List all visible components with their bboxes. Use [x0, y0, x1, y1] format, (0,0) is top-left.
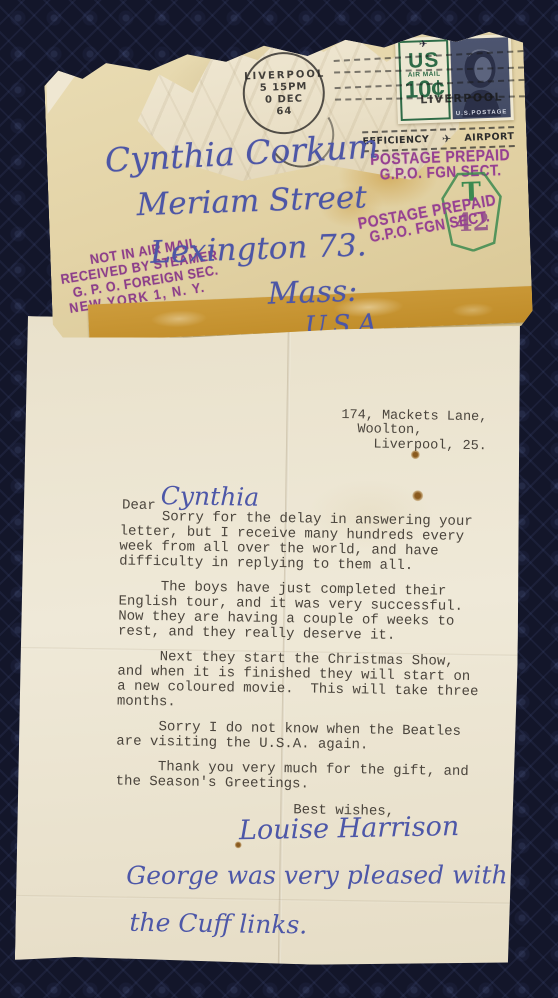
plane-arrow-icon: ✈ [442, 132, 452, 145]
jet-plane-icon: ✈ [400, 41, 446, 49]
slogan-right: AIRPORT [464, 131, 514, 144]
address-city: Lexington 73. [150, 227, 368, 271]
signature-handwritten: Louise Harrison [239, 811, 460, 846]
photo-backdrop-fabric: 174, Mackets Lane, Woolton, Liverpool, 2… [0, 0, 558, 998]
paper-stain [235, 841, 242, 848]
paper-stain [411, 450, 420, 459]
paragraph-3: Next they start the Christmas Show, and … [117, 649, 504, 715]
torn-corner [46, 69, 82, 114]
paragraph-1: Sorry for the delay in answering your le… [119, 510, 506, 576]
washington-portrait-icon [450, 37, 511, 119]
stamp-airmail-panel: ✈ US AIR MAIL 10¢ [398, 39, 451, 121]
horizontal-fold-crease [16, 895, 514, 905]
stamp-country: US [400, 50, 447, 72]
paragraph-5: Thank you very much for the gift, and th… [116, 759, 502, 795]
paragraph-2: The boys have just completed their Engli… [118, 580, 505, 646]
letter-page: 174, Mackets Lane, Woolton, Liverpool, 2… [15, 316, 523, 968]
address-street: Meriam Street [136, 179, 367, 223]
sender-address: 174, Mackets Lane, Woolton, Liverpool, 2… [341, 408, 487, 454]
postscript-line-2: the Cuff links. [129, 908, 307, 940]
paragraph-4: Sorry I do not know when the Beatles are… [116, 719, 502, 755]
salutation-name-handwritten: Cynthia [161, 481, 260, 512]
envelope: LIVERPOOL 5 15PM 0 DEC 64 ✈ US AIR MAIL … [43, 28, 533, 343]
stamp-washington-panel: U.S.POSTAGE [450, 37, 511, 119]
paper-stain [412, 490, 423, 501]
letter-body: Sorry for the delay in answering your le… [115, 510, 506, 822]
postscript-line-1: George was very pleased with [126, 860, 507, 890]
address-state: Mass: [267, 274, 358, 312]
postage-stamp: ✈ US AIR MAIL 10¢ U.S.POSTAGE [395, 34, 514, 124]
address-recipient-name: Cynthia Corkum [104, 126, 379, 179]
